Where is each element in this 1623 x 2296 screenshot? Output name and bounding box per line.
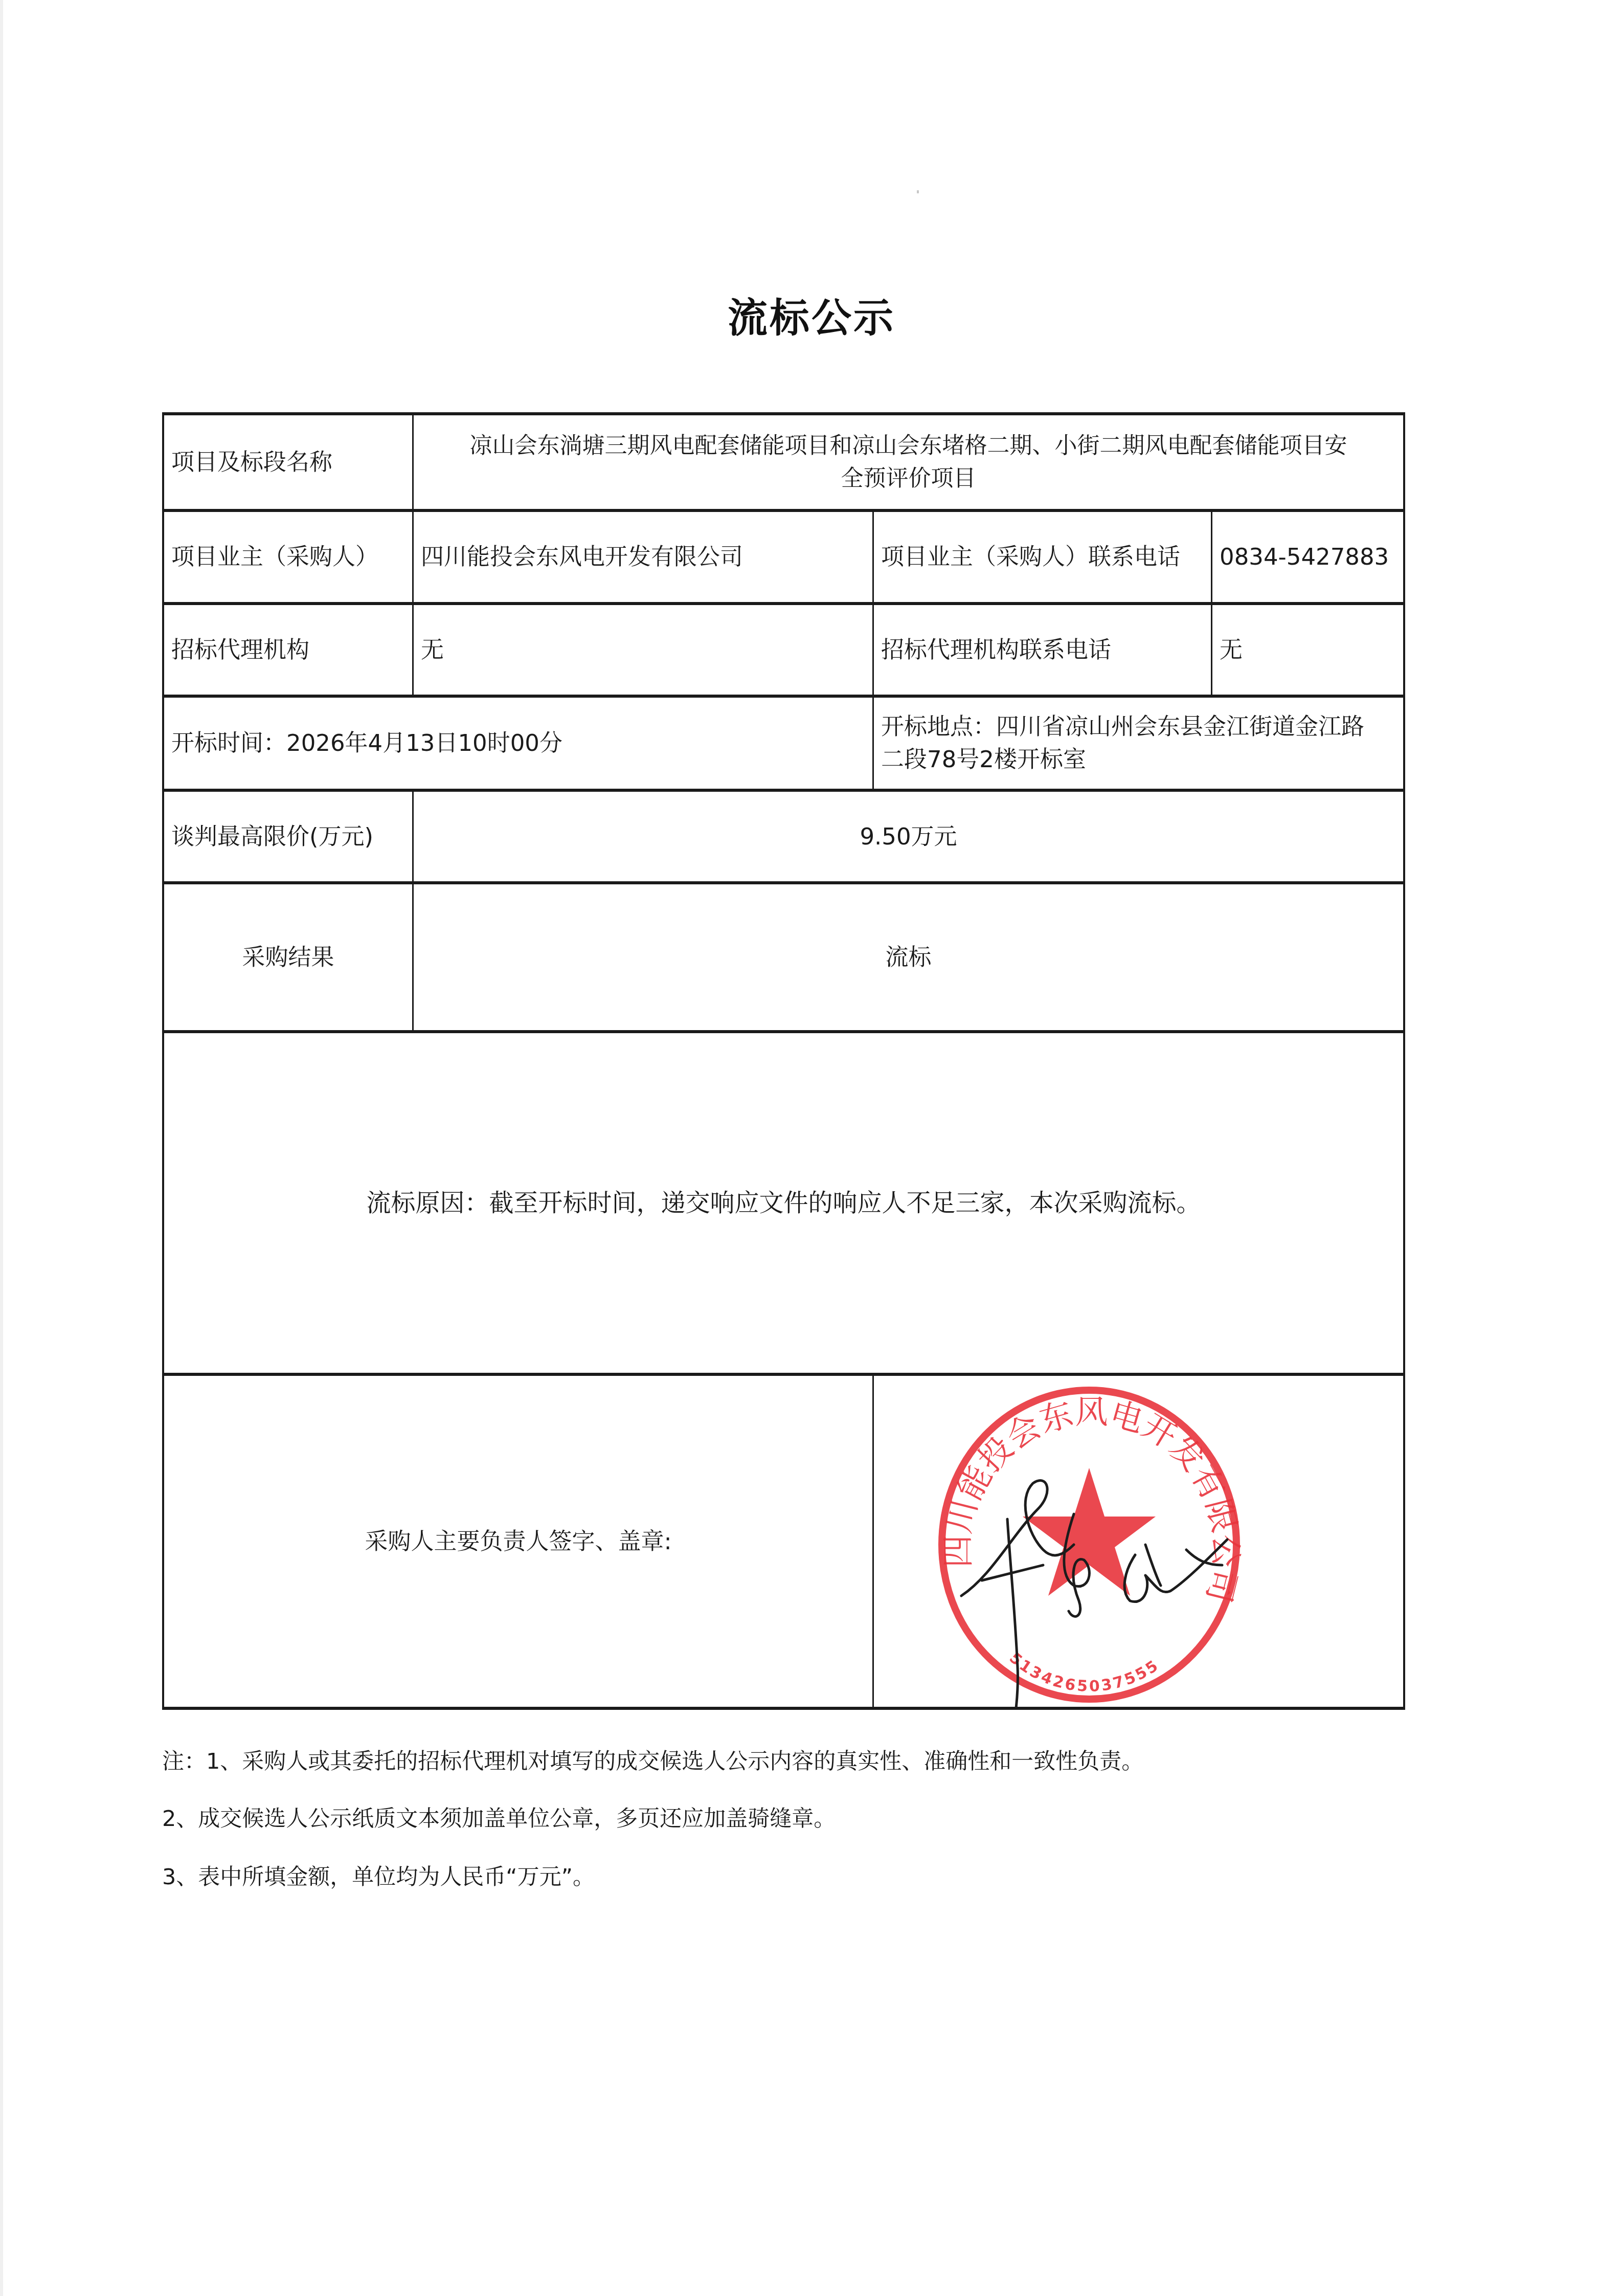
agency-phone-value: 无 xyxy=(1212,605,1403,695)
result-value: 流标 xyxy=(414,884,1403,1030)
max-price-value: 9.50万元 xyxy=(414,792,1403,881)
column-divider xyxy=(872,1373,874,1707)
official-seal: 四川能投会东风电开发有限公司 5134265037555 xyxy=(920,1381,1278,1708)
note-2: 2、成交候选人公示纸质文本须加盖单位公章，多页还应加盖骑缝章。 xyxy=(162,1801,836,1833)
scan-edge xyxy=(0,0,3,2296)
note-3: 3、表中所填金额，单位均为人民币“万元”。 xyxy=(162,1860,595,1891)
agency-value: 无 xyxy=(414,605,872,695)
note-1: 注：1、采购人或其委托的招标代理机对填写的成交候选人公示内容的真实性、准确性和一… xyxy=(162,1744,1143,1775)
signature-label: 采购人主要负责人签字、盖章: xyxy=(164,1376,872,1707)
project-name-label: 项目及标段名称 xyxy=(164,415,412,509)
max-price-label: 谈判最高限价(万元) xyxy=(164,792,412,881)
project-name-value: 凉山会东淌塘三期风电配套储能项目和凉山会东堵格二期、小街二期风电配套储能项目安 … xyxy=(414,415,1403,509)
scan-speck xyxy=(917,190,919,193)
page-title: 流标公示 xyxy=(0,286,1623,344)
agency-label: 招标代理机构 xyxy=(164,605,412,695)
agency-phone-label: 招标代理机构联系电话 xyxy=(874,605,1211,695)
failure-reason: 流标原因：截至开标时间，递交响应文件的响应人不足三家，本次采购流标。 xyxy=(164,1033,1403,1373)
owner-phone-label: 项目业主（采购人）联系电话 xyxy=(874,512,1211,602)
opening-time: 开标时间：2026年4月13日10时00分 xyxy=(164,698,872,789)
opening-place: 开标地点：四川省凉山州会东县金江街道金江路 二段78号2楼开标室 xyxy=(874,698,1403,789)
owner-label: 项目业主（采购人） xyxy=(164,512,412,602)
owner-phone-value: 0834-5427883 xyxy=(1212,512,1403,602)
owner-value: 四川能投会东风电开发有限公司 xyxy=(414,512,872,602)
result-label: 采购结果 xyxy=(164,884,412,1030)
table-border-right xyxy=(1403,412,1405,1710)
